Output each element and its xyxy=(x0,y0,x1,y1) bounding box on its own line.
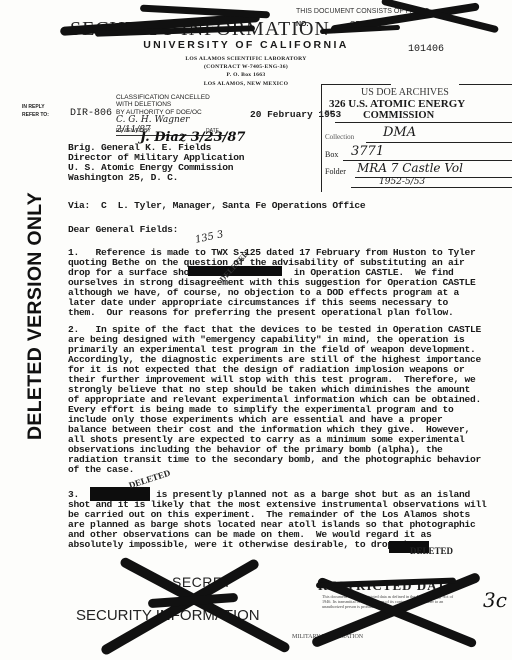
paragraph-line: them. Our reasons for preferring the pre… xyxy=(68,308,476,318)
in-reply-label: IN REPLY xyxy=(22,104,45,110)
paragraph-2: 2. In spite of the fact that the devices… xyxy=(68,325,481,475)
laboratory-name: LOS ALAMOS SCIENTIFIC LABORATORY xyxy=(0,56,512,62)
classification-stamp-line1: CLASSIFICATION CANCELLED xyxy=(116,94,210,101)
box-label: Box xyxy=(325,150,338,159)
classification-stamp-line2: WITH DELETIONS xyxy=(116,101,171,108)
address-line: Washington 25, D. C. xyxy=(68,173,178,183)
refer-to-label: REFER TO: xyxy=(22,112,49,118)
po-box: P. O. Box 1663 xyxy=(0,72,512,78)
reference-code: DIR-806 xyxy=(70,108,112,119)
folder-label: Folder xyxy=(325,167,346,176)
box-value: 3771 xyxy=(351,144,384,159)
paragraph-line: of the case. xyxy=(68,465,481,475)
page-mark: 3c xyxy=(483,588,507,612)
archive-stamp: US DOE ARCHIVES 326 U.S. ATOMIC ENERGY R… xyxy=(321,80,512,196)
archive-rg-label: RG xyxy=(325,109,335,117)
folder-value-line2: 1952-5/53 xyxy=(379,177,425,187)
archive-title-3: COMMISSION xyxy=(363,110,434,121)
document-number: 101406 xyxy=(408,44,444,55)
strike-mark xyxy=(148,593,238,608)
top-right-no-label: NO. xyxy=(296,21,308,28)
redaction-block xyxy=(90,487,150,501)
deleted-version-stamp: DELETED VERSION ONLY xyxy=(24,192,47,440)
folder-value-line1: MRA 7 Castle Vol xyxy=(357,161,463,175)
strike-mark xyxy=(119,556,291,654)
salutation: Dear General Fields: xyxy=(68,225,178,235)
archive-title-2: 326 U.S. ATOMIC ENERGY xyxy=(329,98,465,110)
contract-number: (CONTRACT W-7405-ENG-36) xyxy=(0,64,512,70)
handwritten-annotation: 135 3 xyxy=(194,229,224,246)
archive-title-1: US DOE ARCHIVES xyxy=(361,87,449,98)
collection-value: DMA xyxy=(383,125,416,140)
collection-label: Collection xyxy=(325,133,354,141)
via-line: Via: C L. Tyler, Manager, Santa Fe Opera… xyxy=(68,201,365,211)
paragraph-1: 1. Reference is made to TWX S-125 dated … xyxy=(68,248,476,318)
deleted-mark: DELETED xyxy=(410,546,453,556)
